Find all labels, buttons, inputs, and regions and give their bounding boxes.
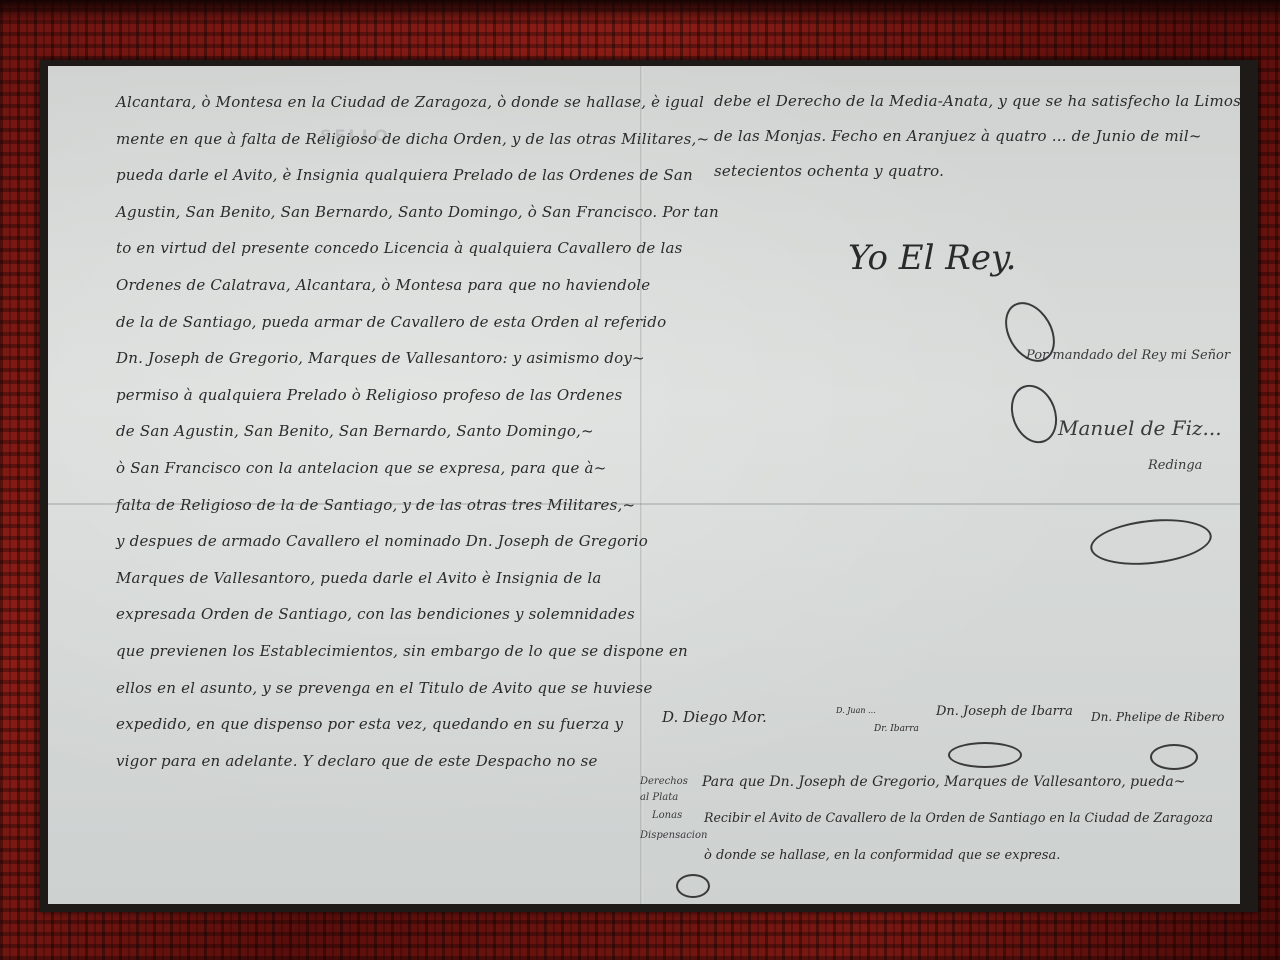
text-line: debe el Derecho de la Media-Anata, y que… <box>714 84 1234 119</box>
manuscript-paper: SELLO Alcantara, ò Montesa en la Ciudad … <box>48 66 1240 904</box>
margin-note: Dispensacion <box>640 830 707 841</box>
royal-signature: Yo El Rey. <box>848 238 1017 278</box>
councilor-3: Dn. Phelipe de Ribero <box>1091 710 1224 724</box>
councilor-2-sub: Dr. Ibarra <box>874 724 919 734</box>
rubric-flourish <box>1088 514 1214 571</box>
right-page-text: debe el Derecho de la Media-Anata, y que… <box>714 84 1234 189</box>
text-line: setecientos ochenta y quatro. <box>714 154 1234 189</box>
text-line: permiso à qualquiera Prelado ò Religioso… <box>116 377 636 414</box>
text-line: de las Monjas. Fecho en Aranjuez à quatr… <box>714 119 1234 154</box>
frame-shadow <box>0 0 1280 22</box>
countersignature-block: Por mandado del Rey mi Señor Manuel de F… <box>998 298 1238 548</box>
text-line: Agustin, San Benito, San Bernardo, Santo… <box>116 194 636 231</box>
councilor-1: D. Diego Mor. <box>662 708 767 726</box>
text-line: expresada Orden de Santiago, con las ben… <box>116 596 636 633</box>
text-line: to en virtud del presente concedo Licenc… <box>116 230 636 267</box>
text-line: vigor para en adelante. Y declaro que de… <box>116 743 636 780</box>
councilor-2: Dn. Joseph de Ibarra <box>936 704 1073 719</box>
text-line: de la de Santiago, pueda armar de Cavall… <box>116 304 636 341</box>
summary-line: Para que Dn. Joseph de Gregorio, Marques… <box>702 774 1185 790</box>
margin-rubric <box>676 874 710 898</box>
text-line: Ordenes de Calatrava, Alcantara, ò Monte… <box>116 267 636 304</box>
countersign-line-3: Redinga <box>1148 458 1202 473</box>
text-line: que previenen los Establecimientos, sin … <box>116 633 636 670</box>
margin-note: Lonas <box>652 810 682 821</box>
text-line: y despues de armado Cavallero el nominad… <box>116 523 636 560</box>
summary-line: Recibir el Avito de Cavallero de la Orde… <box>704 810 1213 825</box>
flourish-m <box>1003 378 1065 449</box>
left-page-text: Alcantara, ò Montesa en la Ciudad de Zar… <box>116 84 636 779</box>
margin-note: Derechos <box>640 776 688 787</box>
text-line: falta de Religioso de la de Santiago, y … <box>116 487 636 524</box>
councilor-flourish <box>1150 744 1198 770</box>
text-line: Marques de Vallesantoro, pueda darle el … <box>116 560 636 597</box>
text-line: Alcantara, ò Montesa en la Ciudad de Zar… <box>116 84 636 121</box>
registration-block: D. Diego Mor. D. Juan ... Dn. Joseph de … <box>636 698 1236 904</box>
text-line: expedido, en que dispenso por esta vez, … <box>116 706 636 743</box>
margin-note: al Plata <box>640 792 678 803</box>
summary-line: ò donde se hallase, en la conformidad qu… <box>704 848 1060 863</box>
text-line: de San Agustin, San Benito, San Bernardo… <box>116 413 636 450</box>
text-line: Dn. Joseph de Gregorio, Marques de Valle… <box>116 340 636 377</box>
countersign-line-2: Manuel de Fiz... <box>1058 416 1222 440</box>
councilor-flourish <box>948 742 1022 768</box>
text-line: ellos en el asunto, y se prevenga en el … <box>116 670 636 707</box>
text-line: pueda darle el Avito, è Insignia qualqui… <box>116 157 636 194</box>
councilor-2-prefix: D. Juan ... <box>836 706 876 715</box>
text-line: mente en que à falta de Religioso de dic… <box>116 121 636 158</box>
countersign-line-1: Por mandado del Rey mi Señor <box>1026 348 1230 363</box>
text-line: ò San Francisco con la antelacion que se… <box>116 450 636 487</box>
